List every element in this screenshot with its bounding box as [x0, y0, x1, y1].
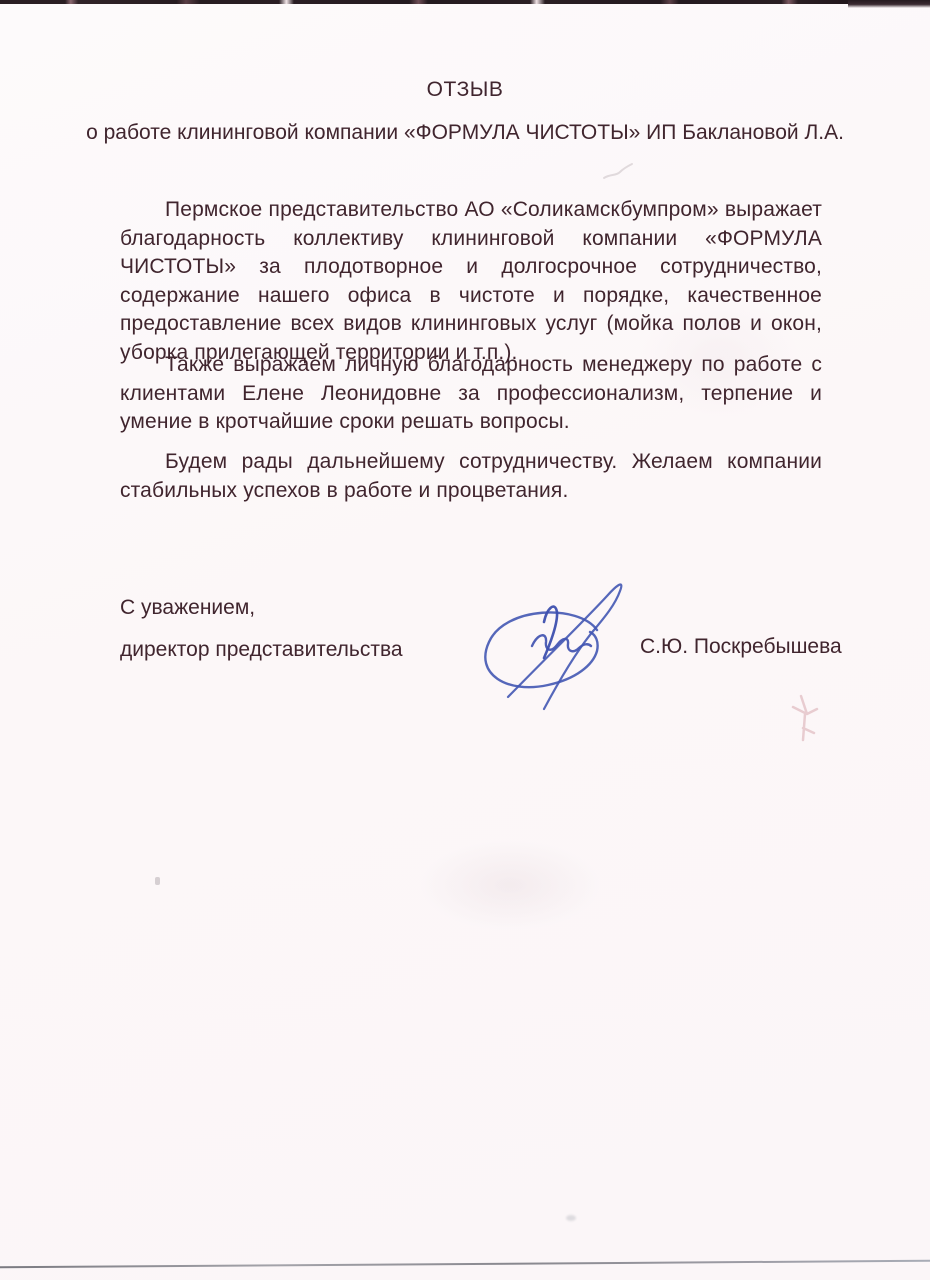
faint-pen-smudge — [598, 160, 638, 184]
paper-speck — [155, 877, 160, 885]
faint-stamp-artifact — [783, 690, 828, 750]
body-paragraph-3: Будем рады дальнейшему сотрудничеству. Ж… — [120, 448, 822, 505]
paper-speck — [566, 1215, 576, 1221]
document-subtitle: о работе клининговой компании «ФОРМУЛА Ч… — [86, 119, 844, 147]
body-paragraph-2: Также выражаем личную благодарность мене… — [120, 351, 822, 437]
body-paragraph-1: Пермское представительство АО «Соликамск… — [120, 196, 822, 368]
document-title: ОТЗЫВ — [0, 76, 930, 104]
handwritten-signature — [447, 570, 652, 718]
scan-line-bottom — [0, 1260, 930, 1269]
signer-name: С.Ю. Поскребышева — [640, 633, 842, 661]
paper-blotch — [420, 840, 600, 930]
scan-edge-top — [0, 0, 930, 4]
closing-salutation: С уважением, — [120, 594, 255, 622]
scan-edge-top-right — [848, 0, 930, 8]
signer-position: директор представительства — [120, 636, 403, 664]
scanned-letter-page: ОТЗЫВ о работе клининговой компании «ФОР… — [0, 0, 930, 1280]
